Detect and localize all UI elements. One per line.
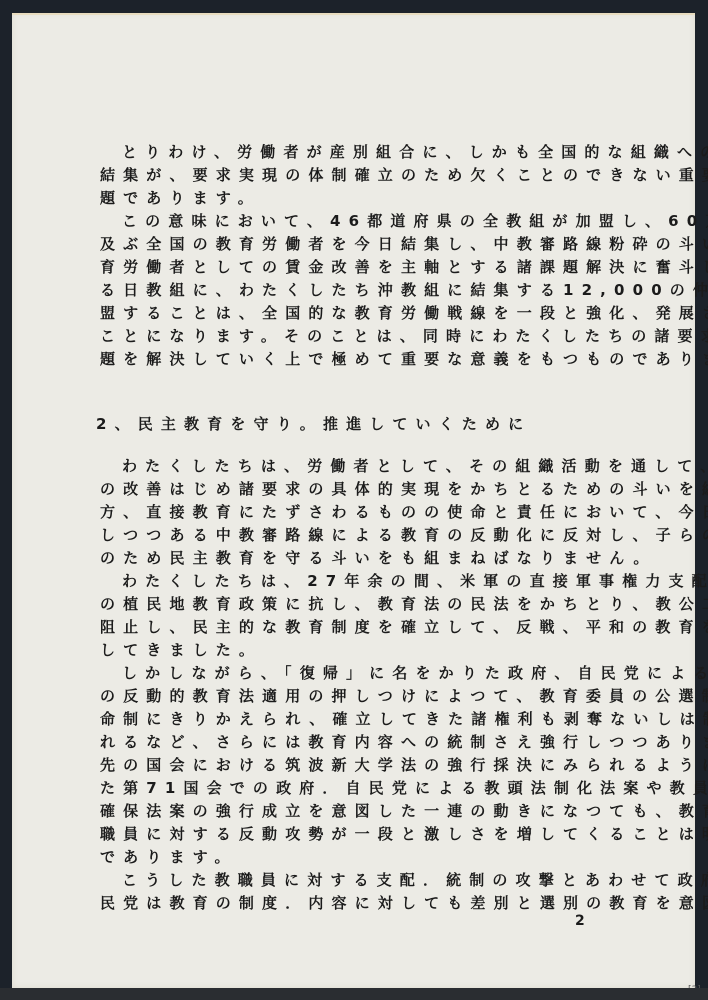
paragraph-line: 阻止し、民主的な教育制度を確立して、反戦、平和の教育を推進	[100, 617, 708, 637]
paragraph-line: こうした教職員に対する支配．統制の攻撃とあわせて政府．自	[122, 870, 708, 890]
document-page: とりわけ、労働者が産別組合に、しかも全国的な組織への統一結集が、要求実現の体制確…	[12, 13, 695, 988]
paragraph-line: る日教組に、わたくしたち沖教組に結集する12,000の仲間が加	[100, 280, 708, 300]
paragraph-line: の改善はじめ諸要求の具体的実現をかちとるための斗いを組む一	[100, 479, 708, 499]
paragraph-line: わたくしたちは、27年余の間、米軍の直接軍事権力支配下で	[122, 571, 708, 591]
paragraph-line: 職員に対する反動攻勢が一段と激しさを増してくることは明らか	[100, 824, 708, 844]
paragraph-line: 方、直接教育にたずさわるものの使命と責任において、今日進行	[100, 502, 708, 522]
paragraph-line: してきました。	[100, 640, 262, 660]
paragraph-line: のため民主教育を守る斗いをも組まねばなりません。	[100, 548, 657, 568]
paragraph-line: とりわけ、労働者が産別組合に、しかも全国的な組織への統一	[122, 142, 708, 162]
paragraph-line: た第71国会での政府．自民党による教頭法制化法案や教員人材	[100, 778, 708, 798]
paragraph-line: の植民地教育政策に抗し、教育法の民法をかちとり、教公二法を	[100, 594, 708, 614]
paragraph-line: 確保法案の強行成立を意図した一連の動きになつても、教育と教	[100, 801, 708, 821]
paragraph-line: 題を解決していく上で極めて重要な意義をもつものであります。	[100, 349, 708, 369]
paragraph-line: 及ぶ全国の教育労働者を今日結集し、中教審路線粉砕の斗い、教	[100, 234, 708, 254]
paragraph-line: 民党は教育の制度．内容に対しても差別と選別の教育を意図した	[100, 893, 708, 913]
paragraph-line: しかしながら、「復帰」に名をかりた政府、自民党による本土	[122, 663, 708, 683]
paragraph-line: 先の国会における筑波新大学法の強行採決にみられるように、ま	[100, 755, 708, 775]
paragraph-line: であります。	[100, 847, 238, 867]
paragraph-line: 命制にきりかえられ、確立してきた諸権利も剥奪ないしは制約さ	[100, 709, 708, 729]
section-heading: 2、民主教育を守り。推進していくために	[96, 414, 531, 434]
paragraph-line: 盟することは、全国的な教育労働戦線を一段と強化、発展させる	[100, 303, 708, 323]
scan-border	[0, 988, 708, 1000]
paragraph-line: 育労働者としての賃金改善を主軸とする諸課題解決に奮斗してい	[100, 257, 708, 277]
paragraph-line: の反動的教育法適用の押しつけによつて、教育委員の公選制は任	[100, 686, 708, 706]
paragraph-line: 結集が、要求実現の体制確立のため欠くことのできない重要な課	[100, 165, 708, 185]
paragraph-line: しつつある中教審路線による教育の反動化に反対し、子らの幸せ	[100, 525, 708, 545]
paragraph-line: ことになります。そのことは、同時にわたくしたちの諸要求、課	[100, 326, 708, 346]
paragraph-line: 題であります。	[100, 188, 261, 208]
paragraph-line: れるなど、さらには教育内容への統制さえ強行しつつあります。	[100, 732, 708, 752]
page-number: 2	[575, 913, 585, 929]
paragraph-line: この意味において、46都道府県の全教組が加盟し、60万に	[122, 211, 708, 231]
paragraph-line: わたくしたちは、労働者として、その組織活動を通して、賃金	[122, 456, 708, 476]
